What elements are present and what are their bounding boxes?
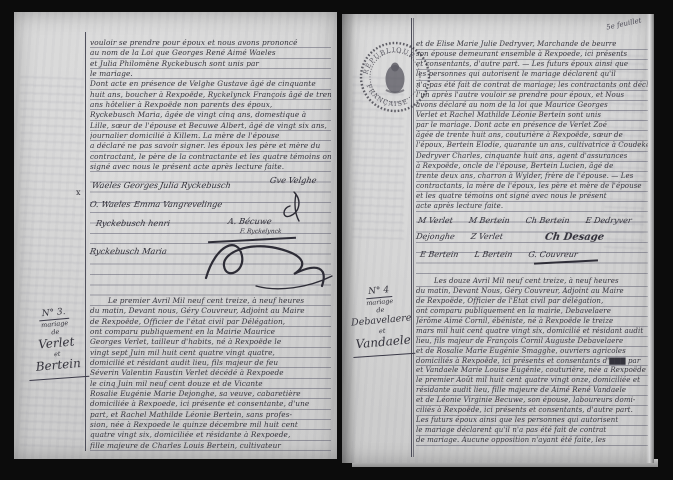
text-line: ont comparu publiquement en la Mairie Ma… bbox=[90, 327, 331, 337]
text-line: a déclaré ne pas savoir signer. les épou… bbox=[90, 141, 331, 151]
text-line: contractant, le père de la contractante … bbox=[90, 152, 331, 162]
text-line: Rosalie Eugénie Marie Dejonghe, sa veuve… bbox=[90, 389, 331, 399]
margin-note-act4: N° 4 mariage de Debavelaere et Vandaele bbox=[347, 275, 416, 358]
margin-note-divider bbox=[29, 376, 89, 381]
text-line: Georges Verlet, tailleur d'habits, né à … bbox=[90, 337, 331, 347]
text-line: vouloir se prendre pour époux et nous av… bbox=[90, 38, 331, 48]
text-line: vingt sept Juin mil huit cent quatre vin… bbox=[90, 348, 331, 358]
signature-dash bbox=[534, 260, 598, 265]
text-line: mars mil huit cent quatre vingt six, dom… bbox=[416, 327, 648, 337]
text-line: du matin, Devant nous, Géry Couvreur, Ad… bbox=[90, 306, 331, 316]
text-line: de Rexpoëde, Officier de l'Etat civil pa… bbox=[416, 297, 648, 307]
text-line: âgée de trente huit ans, couturière à Re… bbox=[416, 131, 648, 141]
text-line: les personnes qui autorisent le mariage … bbox=[416, 70, 648, 80]
margin-rule-line bbox=[411, 18, 414, 457]
signature: L Bertein bbox=[474, 250, 513, 259]
text-line: le mariage déclarent qu'il n'a pas été f… bbox=[416, 426, 648, 436]
signature: M Verlet bbox=[417, 216, 453, 225]
signature: Ryckebusch henri bbox=[95, 218, 171, 228]
signature-row: DejongheZ VerletCh Desage bbox=[415, 232, 621, 243]
text-line: Dedryver Charles, cinquante huit ans, ag… bbox=[416, 152, 648, 162]
folio-number-note: 5e feuillet bbox=[606, 16, 643, 31]
signature: Dejonghe bbox=[415, 232, 455, 243]
text-line: sion, née à Rexpoede le quinze décembre … bbox=[90, 420, 331, 430]
text-line: part, et Rachel Mathilde Léonie Bertein,… bbox=[90, 410, 331, 420]
text-line: l'un après l'autre vouloir se prendre po… bbox=[416, 91, 648, 101]
text-line: domiciliée à Rexpoede, ici présente et c… bbox=[90, 399, 331, 409]
text-line: quatre vingt six, domiciliée et résidant… bbox=[90, 430, 331, 440]
signature: Emma Vangrevelinge bbox=[133, 199, 223, 209]
text-line: l'époux, Bertein Elodie, quarante un ans… bbox=[416, 141, 648, 151]
signature-flourish bbox=[280, 190, 310, 224]
right-text-column: et de Elise Marie Julie Dedryver, Marcha… bbox=[416, 40, 648, 446]
text-line: et Vandaele Marie Louise Eugénie, coutur… bbox=[416, 366, 648, 376]
text-line: Lille, sœur de l'épouse et Becuwe Albert… bbox=[90, 121, 331, 131]
text-line: ont comparu publiquement en la mairie, D… bbox=[416, 307, 648, 317]
signature: G. Couvreur bbox=[528, 250, 579, 259]
left-page: x N° 3. mariage de Verlet et Bertein vou… bbox=[14, 12, 337, 459]
text-line: Verlet et Rachel Mathilde Léonie Bertein… bbox=[416, 111, 648, 121]
bleedthrough-texture bbox=[20, 72, 84, 452]
text-line: et de Rosalie Marie Eugénie Smagghe, ouv… bbox=[416, 347, 648, 357]
text-line: le cinq Juin mil neuf cent douze et de V… bbox=[90, 379, 331, 389]
text-line: lieu, fils majeur de François Cornil Aug… bbox=[416, 337, 648, 347]
text-line: et les quatre témoins ont signé avec nou… bbox=[416, 192, 648, 202]
text-line: n'a pas été fait de contrat de mariage; … bbox=[416, 81, 648, 91]
signature: Ch Desage bbox=[544, 232, 605, 243]
signature: Gve Velghe bbox=[269, 175, 317, 185]
text-line: du matin, Devant Nous, Géry Couvreur, Ad… bbox=[416, 287, 648, 297]
text-line: de Rexpoëde, Officier de l'état civil pa… bbox=[90, 317, 331, 327]
text-line: par le mariage. Dont acte en présence de… bbox=[416, 121, 648, 131]
text-line: et Julia Philomène Ryckebusch sont unis … bbox=[90, 59, 331, 69]
text-line: le mariage. bbox=[90, 69, 331, 79]
register-scan-viewport: { "colors":{"ink":"#34333c","paper":"#d3… bbox=[0, 0, 673, 480]
text-line: signé avec nous le présent acte après le… bbox=[90, 162, 331, 172]
text-line: Séverin Valentin Faustin Verlet décédé à… bbox=[90, 368, 331, 378]
margin-x-mark: x bbox=[76, 188, 81, 197]
text-line: son épouse demeurant ensemble à Rexpoede… bbox=[416, 50, 648, 60]
signature: Z Verlet bbox=[470, 232, 504, 243]
signature: A. Bécuwe bbox=[227, 216, 272, 226]
text-line: et de Léonie Virginie Becuwe, son épouse… bbox=[416, 396, 648, 406]
signature: Ch Bertein bbox=[525, 216, 570, 225]
signature-row: M VerletM BerteinCh BerteinE Dedryver bbox=[417, 216, 648, 225]
text-line: au nom de la Loi que Georges René Aimé W… bbox=[90, 48, 331, 58]
text-line: ans hôtelier à Rexpoëde non parents des … bbox=[90, 100, 331, 110]
text-line: Jérôme Aimé Cornil, ébéniste, né à Rexpo… bbox=[416, 317, 648, 327]
text-line: huit ans, boucher à Rexpoëde, Ryckelynck… bbox=[90, 90, 331, 100]
left-text-column: vouloir se prendre pour époux et nous av… bbox=[90, 38, 331, 451]
text-line: de mariage. Aucune opposition n'ayant ét… bbox=[416, 436, 648, 446]
signature-row: E BerteinL BerteinG. Couvreur bbox=[419, 250, 594, 259]
text-line: domiciliés à Rexpoëde, ici présents et c… bbox=[416, 357, 648, 367]
signature: M Bertein bbox=[468, 216, 510, 225]
text-line: Le premier Avril Mil neuf cent treize, à… bbox=[90, 296, 331, 306]
text-line: domicilié et résidant audit lieu, fils m… bbox=[90, 358, 331, 368]
text-line: avons déclaré au nom de la loi que Mauri… bbox=[416, 101, 648, 111]
signature: Ryckebusch Maria bbox=[89, 246, 167, 256]
act2-signature-area: Waeles Georges Julia Ryckebusch Gve Velg… bbox=[90, 172, 331, 296]
text-line: et consentants, d'autre part. — Les futu… bbox=[416, 60, 648, 70]
text-line: ciliés à Rexpoëde, ici présents et conse… bbox=[416, 406, 648, 416]
signature: O. Waeles bbox=[89, 199, 131, 209]
officer-signature-flourish bbox=[198, 234, 336, 294]
text-line: Ryckebusch Maria, âgée de vingt cinq ans… bbox=[90, 110, 331, 120]
text-line: et de Elise Marie Julie Dedryver, Marcha… bbox=[416, 40, 648, 50]
act2-continuation-text: vouloir se prendre pour époux et nous av… bbox=[90, 38, 331, 172]
text-line: Les futurs époux ainsi que les personnes… bbox=[416, 416, 648, 426]
text-line: à Rexpoëde, oncle de l'épouse, Bertein L… bbox=[416, 162, 648, 172]
signature: E Bertein bbox=[419, 250, 459, 259]
act3-text: Le premier Avril Mil neuf cent treize, à… bbox=[90, 296, 331, 451]
act4-text: Les douze Avril Mil neuf cent treize, à … bbox=[416, 277, 648, 445]
signature: Waeles Georges bbox=[91, 180, 159, 190]
text-line: journalier domicilié à Killem. La mère d… bbox=[90, 131, 331, 141]
text-line: acte après lecture faite. bbox=[416, 202, 648, 212]
text-line: trente deux ans, charron à Wylder, frère… bbox=[416, 172, 648, 182]
act3-signature-area: M VerletM BerteinCh BerteinE Dedryver De… bbox=[416, 212, 648, 277]
text-line: Les douze Avril Mil neuf cent treize, à … bbox=[416, 277, 648, 287]
right-page: 5e feuillet RÉPUBLIQUE FRANÇAISE N° 4 ma… bbox=[342, 14, 654, 463]
signature: Julia Ryckebusch bbox=[159, 180, 231, 190]
text-line: contractants, la mère de l'époux, les pè… bbox=[416, 182, 648, 192]
text-line: le premier Août mil huit cent quatre vin… bbox=[416, 376, 648, 386]
text-line: Dont acte en présence de Velghe Gustave … bbox=[90, 79, 331, 89]
margin-rule-line bbox=[85, 32, 86, 451]
margin-note-divider bbox=[353, 353, 415, 359]
signature: E Dedryver bbox=[585, 216, 633, 225]
margin-note-act3: N° 3. mariage de Verlet et Bertein bbox=[23, 298, 90, 382]
text-line: résidante audit lieu, fille majeure de A… bbox=[416, 386, 648, 396]
text-line: fille majeure de Charles Louis Bertein, … bbox=[90, 441, 331, 451]
act3-continuation-text: et de Elise Marie Julie Dedryver, Marcha… bbox=[416, 40, 648, 212]
